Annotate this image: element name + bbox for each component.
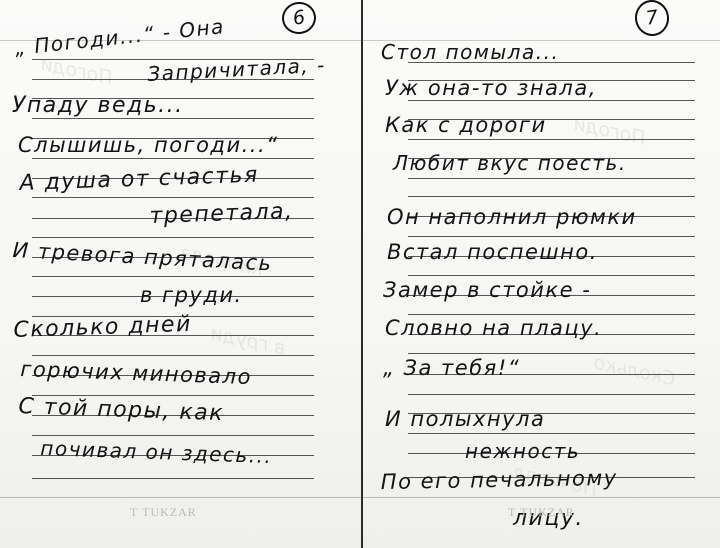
page-number-badge: 7 <box>633 0 672 38</box>
publisher-watermark: Ƭ TUKZAR <box>130 505 197 520</box>
handwritten-line: Сколько дней <box>13 312 192 343</box>
notebook-spread: Погоди кипрела в груди 6 „ Погоди...“ - … <box>0 0 720 548</box>
page-bottom-rule <box>363 497 720 498</box>
handwritten-line: трепетала, <box>149 199 294 229</box>
handwritten-line: „ Погоди...“ - Она <box>13 14 225 60</box>
ruled-line <box>408 100 695 101</box>
ruled-line <box>408 394 695 395</box>
handwritten-line: Он наполнил рюмки <box>387 205 637 229</box>
handwritten-line: И полыхнула <box>385 407 545 431</box>
handwritten-line: Словно на плацу. <box>385 316 602 340</box>
handwritten-line: Стол помыла... <box>381 40 559 64</box>
ruled-line <box>32 237 314 238</box>
handwritten-line: почивал он здесь... <box>40 436 273 468</box>
handwritten-line: Уж она-то знала, <box>385 76 597 100</box>
handwritten-line: Запричитала, - <box>147 53 327 86</box>
page-number-badge: 6 <box>280 0 318 36</box>
handwritten-line: Упаду ведь... <box>12 93 184 118</box>
ruled-line <box>408 139 695 140</box>
ruled-line <box>408 314 695 315</box>
left-page: Погоди кипрела в груди 6 „ Погоди...“ - … <box>0 0 361 548</box>
ruled-line <box>32 158 314 159</box>
ruled-line <box>408 433 695 434</box>
ruled-line <box>408 353 695 354</box>
ruled-line <box>32 276 314 277</box>
handwritten-line: горючих миновало <box>20 357 252 389</box>
handwritten-line: „ За тебя!“ <box>383 356 520 380</box>
handwritten-line: По его печальному <box>381 466 618 494</box>
handwritten-line: И тревога пряталась <box>12 238 273 276</box>
handwritten-line: в груди. <box>140 283 243 307</box>
handwritten-line: Встал поспешно. <box>387 240 598 264</box>
handwritten-line: Замер в стойке - <box>383 278 591 302</box>
handwritten-line: Как с дороги <box>385 113 547 137</box>
handwritten-line: С той поры, как <box>18 394 224 426</box>
handwritten-line: А душа от счастья <box>19 163 259 196</box>
page-bottom-rule <box>0 497 361 498</box>
ruled-line <box>32 197 314 198</box>
publisher-watermark: Ƭ TUKZAR <box>508 505 575 520</box>
handwritten-line: Любит вкус поесть. <box>393 151 627 175</box>
ruled-line <box>32 118 314 119</box>
ruled-line <box>32 355 314 356</box>
ruled-line <box>408 236 695 237</box>
ruled-line <box>32 478 314 479</box>
handwritten-line: нежность <box>465 439 580 463</box>
bleed-through-text: Сколько <box>592 352 678 391</box>
ruled-line <box>408 196 695 197</box>
ruled-line <box>408 275 695 276</box>
ruled-line <box>32 435 314 436</box>
handwritten-line: Слышишь, погоди...“ <box>18 133 279 157</box>
ruled-line <box>408 178 695 179</box>
right-page: Погоди Сколько Почивал 7 Стол помыла... … <box>363 0 720 548</box>
